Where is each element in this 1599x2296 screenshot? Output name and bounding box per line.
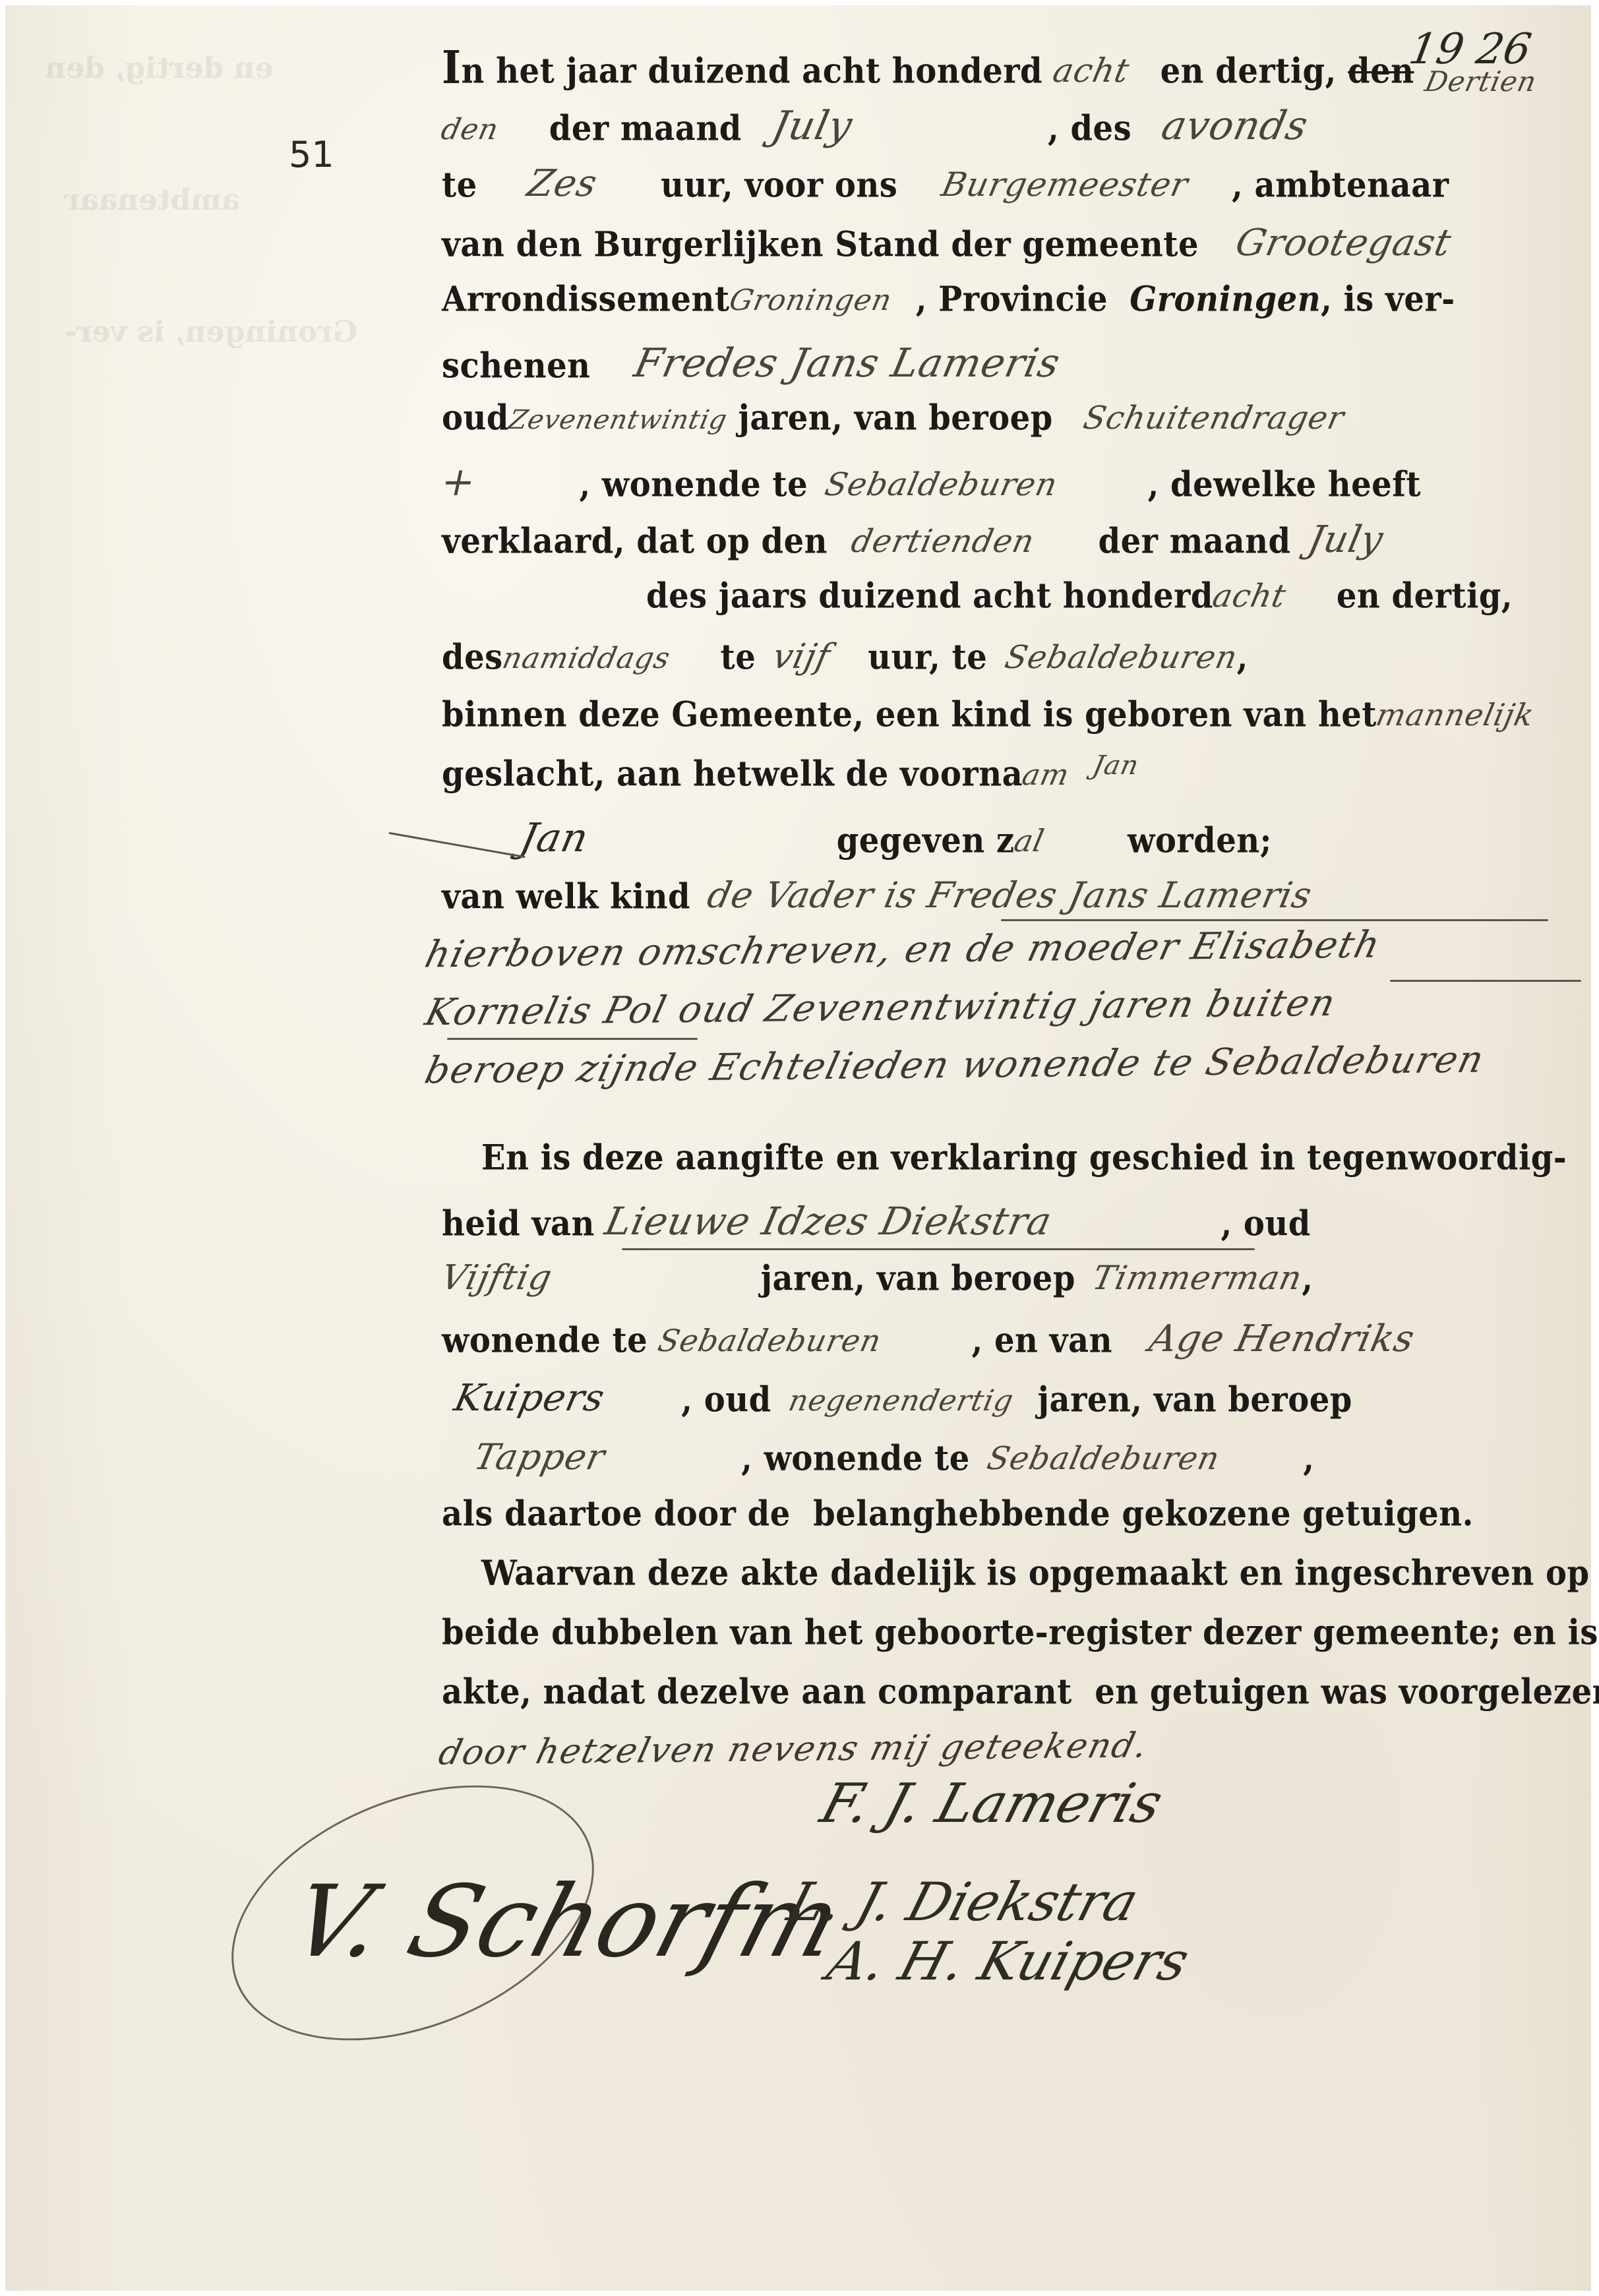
printed-text: , oud <box>681 1379 771 1420</box>
text-line-13: geslacht, aan hetwelk de voornaam Jan <box>442 756 1139 808</box>
witness-line-1: En is deze aangifte en verklaring geschi… <box>481 1139 1567 1192</box>
handwritten-birth-year: acht <box>1209 578 1290 615</box>
witness-line-4: wonende te Sebaldeburen , en van Age Hen… <box>442 1317 1414 1370</box>
printed-text: akte, nadat dezelve aan comparant en get… <box>442 1672 1599 1712</box>
handwritten-declarant-name: Fredes Jans Lameris <box>630 340 1064 386</box>
text-line-3: te Zes uur, voor ons Burgemeester , ambt… <box>442 162 1449 215</box>
printed-text-struck: den <box>1348 51 1414 92</box>
text-line-10: des jaars duizend acht honderdacht en de… <box>442 578 1513 630</box>
printed-text: heid van <box>442 1203 595 1244</box>
closing-line-1: Waarvan deze akte dadelijk is opgemaakt … <box>481 1555 1599 1608</box>
record-number: 51 <box>289 134 334 175</box>
handwritten-line: Kornelis Pol oud Zevenentwintig jaren bu… <box>421 982 1340 1034</box>
printed-province: Groningen <box>1130 279 1321 320</box>
text-line-2: den der maand July , des avonds <box>442 103 1308 156</box>
signature-witness1: L. J. Diekstra <box>781 1871 1145 1933</box>
handwritten-witness2-age: negenendertig <box>786 1384 1017 1418</box>
handwritten-municipality: Grootegast <box>1232 222 1455 264</box>
handwritten-witness2-surname: Kuipers <box>450 1377 609 1420</box>
handwritten-declarant-age: Zevenentwintig <box>506 405 730 435</box>
printed-text: , Provincie <box>916 279 1108 320</box>
name-underline <box>622 1248 1255 1250</box>
text-line-5: ArrondissementGroningen , Provincie Gron… <box>442 281 1455 334</box>
signature-official: V. Schorfm <box>279 1865 853 1979</box>
printed-text: , des <box>1048 108 1131 149</box>
handwritten-witness2-residence: Sebaldeburen <box>984 1440 1223 1477</box>
printed-text: , dewelke heeft <box>1148 464 1421 505</box>
document-page: en dertig, den ambtenaar Groningen, is v… <box>5 5 1591 2291</box>
witness-line-6: Tapper , wonende te Sebaldeburen , <box>442 1436 1314 1489</box>
handwritten-hour: Zes <box>524 162 601 205</box>
handwritten-time-of-day: namiddags <box>499 642 673 675</box>
printed-text: , <box>1237 637 1248 678</box>
printed-text: der maand <box>549 108 742 149</box>
printed-text: , <box>1303 1438 1314 1479</box>
printed-text: jaren, van beroep <box>738 398 1052 438</box>
printed-text: verklaard, dat op den <box>442 521 828 562</box>
handwritten-day: Dertien <box>1422 65 1540 98</box>
printed-text: Waarvan deze akte dadelijk is opgemaakt … <box>481 1553 1599 1594</box>
printed-text: des <box>442 637 503 678</box>
printed-text: worden; <box>1128 820 1272 861</box>
name-underline <box>1390 980 1581 982</box>
handwritten-closing: door hetzelven nevens mij geteekend. <box>435 1726 1152 1772</box>
handwritten-sex: mannelijk <box>1373 697 1538 733</box>
handwritten-birth-day: dertienden <box>848 523 1038 560</box>
text-line-9: verklaard, dat op den dertienden der maa… <box>442 518 1383 571</box>
handwritten-birth-hour: vijf <box>769 637 834 677</box>
handwritten-witness1-age: Vijftig <box>438 1258 556 1298</box>
bleed-through-text: en dertig, den <box>45 51 273 85</box>
text-line-4: van den Burgerlijken Stand der gemeente … <box>442 222 1599 274</box>
printed-text: en dertig, <box>1161 51 1337 92</box>
printed-text: gegeven z <box>837 820 1015 861</box>
signature-declarant: F. J. Lameris <box>814 1772 1169 1835</box>
handwritten-official-title: Burgemeester <box>938 166 1192 204</box>
text-line-8: + , wonende te Sebaldeburen , dewelke he… <box>442 459 1421 512</box>
printed-text: beide dubbelen van het geboorte-register… <box>442 1612 1599 1653</box>
printed-text: jaren, van beroep <box>1038 1379 1352 1420</box>
printed-text: wonende te <box>442 1320 648 1361</box>
closing-line-3: akte, nadat dezelve aan comparant en get… <box>442 1674 1599 1726</box>
handwritten-witness1-name: Lieuwe Idzes Diekstra <box>601 1199 1056 1244</box>
printed-text: jaren, van beroep <box>761 1258 1075 1299</box>
signature-witness2: A. H. Kuipers <box>821 1931 1196 1992</box>
handwritten-word: am <box>1019 758 1073 792</box>
printed-text: als daartoe door de belanghebbende gekoz… <box>442 1494 1474 1534</box>
text-line-6: schenen Fredes Jans Lameris <box>442 340 1059 393</box>
printed-text: , oud <box>1221 1203 1310 1244</box>
handwritten-child-name: Jan <box>516 815 593 861</box>
text-line-12: binnen deze Gemeente, een kind is gebore… <box>442 696 1534 749</box>
text-line-7: oudZevenentwintig jaren, van beroep Schu… <box>442 400 1344 452</box>
name-underline <box>1001 919 1548 921</box>
bleed-through-text: ambtenaar <box>65 183 240 217</box>
printed-text: , is ver- <box>1321 279 1455 320</box>
printed-text: schenen <box>442 346 591 386</box>
printed-text: uur, voor ons <box>661 165 897 206</box>
printed-text: , wonende te <box>580 464 808 505</box>
handwritten-witness2-occupation: Tapper <box>470 1436 609 1478</box>
handwritten-line: hierboven omschreven, en de moeder Elisa… <box>421 923 1385 976</box>
printed-text: der maand <box>1099 521 1291 562</box>
handwritten-time-of-day: avonds <box>1158 103 1313 149</box>
printed-text: van welk kind <box>442 876 690 917</box>
witness-line-2: heid van Lieuwe Idzes Diekstra , oud <box>442 1199 1311 1252</box>
handwritten-declarant-occupation: Schuitendrager <box>1080 400 1348 437</box>
printed-text: oud <box>442 398 509 438</box>
printed-text: Arrondissement <box>442 279 730 320</box>
text-line-1: IIn het jaar duizend acht honderdn het j… <box>442 44 1536 96</box>
handwritten-parents: de Vader is Fredes Jans Lameris <box>704 874 1316 916</box>
handwritten-birth-place: Sebaldeburen <box>1002 639 1241 676</box>
printed-text: uur, te <box>868 637 987 678</box>
handwritten-witness1-occupation: Timmerman <box>1089 1259 1306 1297</box>
text-line-14: Jan gegeven zal worden; <box>442 815 1272 868</box>
printed-text: en dertig, <box>1337 576 1513 617</box>
name-underline <box>447 1038 698 1040</box>
printed-text: n het jaar duizend acht honderd <box>462 51 1043 92</box>
handwritten-birth-month: July <box>1304 518 1387 561</box>
handwritten-word: den <box>438 113 502 146</box>
witness-line-3: Vijftig jaren, van beroep Timmerman , <box>442 1258 1313 1311</box>
printed-text: , ambtenaar <box>1232 165 1449 206</box>
handwritten-word: Jan <box>1090 750 1141 781</box>
printed-text: binnen deze Gemeente, een kind is gebore… <box>442 694 1377 735</box>
handwritten-line: beroep zijnde Echtelieden wonende te Seb… <box>421 1039 1489 1093</box>
printed-text: I <box>442 41 462 94</box>
handwritten-witness1-residence: Sebaldeburen <box>655 1323 885 1358</box>
handwritten-declarant-residence: Sebaldeburen <box>822 466 1061 503</box>
handwritten-witness2-name: Age Hendriks <box>1145 1317 1418 1360</box>
handwritten-month: July <box>768 103 857 149</box>
closing-line-2: beide dubbelen van het geboorte-register… <box>442 1614 1599 1667</box>
printed-text: des jaars duizend acht honderd <box>646 576 1213 617</box>
witness-line-7: als daartoe door de belanghebbende gekoz… <box>442 1495 1474 1548</box>
witness-line-5: Kuipers , oud negenendertig jaren, van b… <box>442 1377 1352 1430</box>
text-line-11: desnamiddags te vijf uur, te Sebaldebure… <box>442 637 1248 690</box>
printed-text: geslacht, aan hetwelk de voorna <box>442 754 1023 795</box>
bleed-through-text: Groningen, is ver- <box>65 315 357 349</box>
handwritten-mark: + <box>437 459 481 505</box>
handwritten-word: al <box>1011 823 1048 859</box>
printed-text: , <box>1302 1258 1313 1299</box>
printed-text: , wonende te <box>741 1438 970 1479</box>
printed-text: van den Burgerlijken Stand der gemeente <box>442 224 1199 265</box>
printed-text: , en van <box>972 1320 1112 1361</box>
handwritten-year: acht <box>1050 51 1133 90</box>
printed-text: te <box>442 165 477 206</box>
printed-text: te <box>721 637 756 678</box>
printed-text: En is deze aangifte en verklaring geschi… <box>481 1137 1567 1178</box>
handwritten-arrondissement: Groningen <box>726 284 895 317</box>
